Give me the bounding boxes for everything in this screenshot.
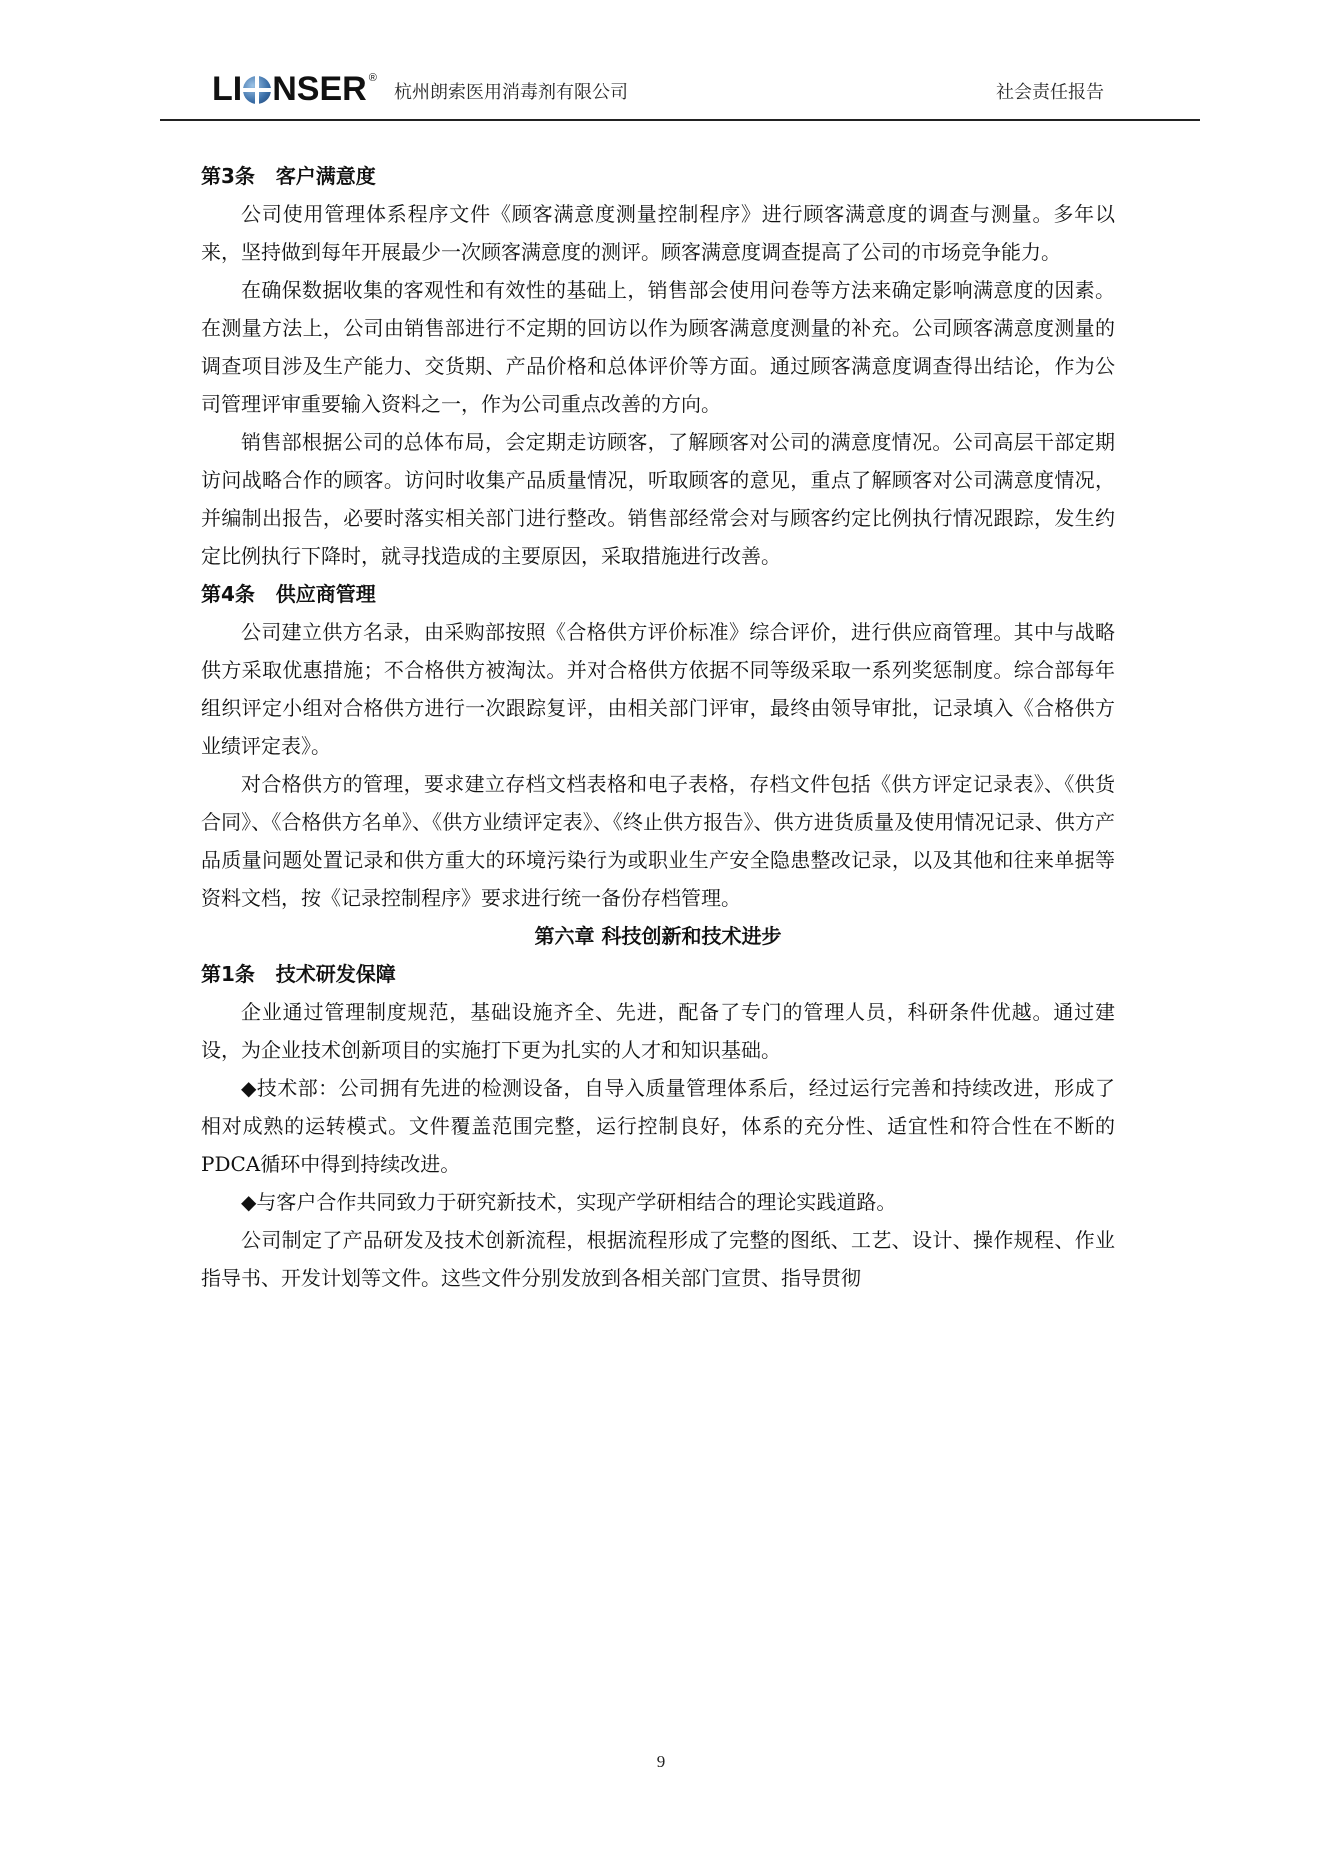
- bullet-paragraph: ◆与客户合作共同致力于研究新技术，实现产学研相结合的理论实践道路。: [201, 1183, 1115, 1221]
- logo-text-left: LI: [212, 70, 242, 109]
- report-title: 社会责任报告: [996, 78, 1104, 104]
- article-heading: 第1条 技术研发保障: [201, 955, 1115, 993]
- article-heading: 第3条 客户满意度: [201, 157, 1115, 195]
- paragraph: 企业通过管理制度规范，基础设施齐全、先进，配备了专门的管理人员，科研条件优越。通…: [201, 993, 1115, 1069]
- paragraph: 公司使用管理体系程序文件《顾客满意度测量控制程序》进行顾客满意度的调查与测量。多…: [201, 195, 1115, 271]
- paragraph: 销售部根据公司的总体布局，会定期走访顾客，了解顾客对公司的满意度情况。公司高层干…: [201, 423, 1115, 575]
- page-number: 9: [0, 1752, 1322, 1772]
- company-logo: LI NSER ®: [212, 70, 377, 109]
- header-divider: [160, 119, 1200, 121]
- paragraph: 公司建立供方名录，由采购部按照《合格供方评价标准》综合评价，进行供应商管理。其中…: [201, 613, 1115, 765]
- paragraph: 在确保数据收集的客观性和有效性的基础上，销售部会使用问卷等方法来确定影响满意度的…: [201, 271, 1115, 423]
- company-name: 杭州朗索医用消毒剂有限公司: [394, 78, 628, 104]
- globe-icon: [243, 76, 271, 104]
- logo-text-right: NSER: [272, 70, 366, 109]
- article-heading: 第4条 供应商管理: [201, 575, 1115, 613]
- document-body: 第3条 客户满意度 公司使用管理体系程序文件《顾客满意度测量控制程序》进行顾客满…: [201, 157, 1115, 1297]
- paragraph: 公司制定了产品研发及技术创新流程，根据流程形成了完整的图纸、工艺、设计、操作规程…: [201, 1221, 1115, 1297]
- registered-mark: ®: [369, 72, 377, 84]
- bullet-paragraph: ◆技术部：公司拥有先进的检测设备，自导入质量管理体系后，经过运行完善和持续改进，…: [201, 1069, 1115, 1183]
- chapter-heading: 第六章 科技创新和技术进步: [201, 917, 1115, 955]
- paragraph: 对合格供方的管理，要求建立存档文档表格和电子表格，存档文件包括《供方评定记录表》…: [201, 765, 1115, 917]
- page-header: LI NSER ® 杭州朗索医用消毒剂有限公司 社会责任报告: [160, 60, 1200, 122]
